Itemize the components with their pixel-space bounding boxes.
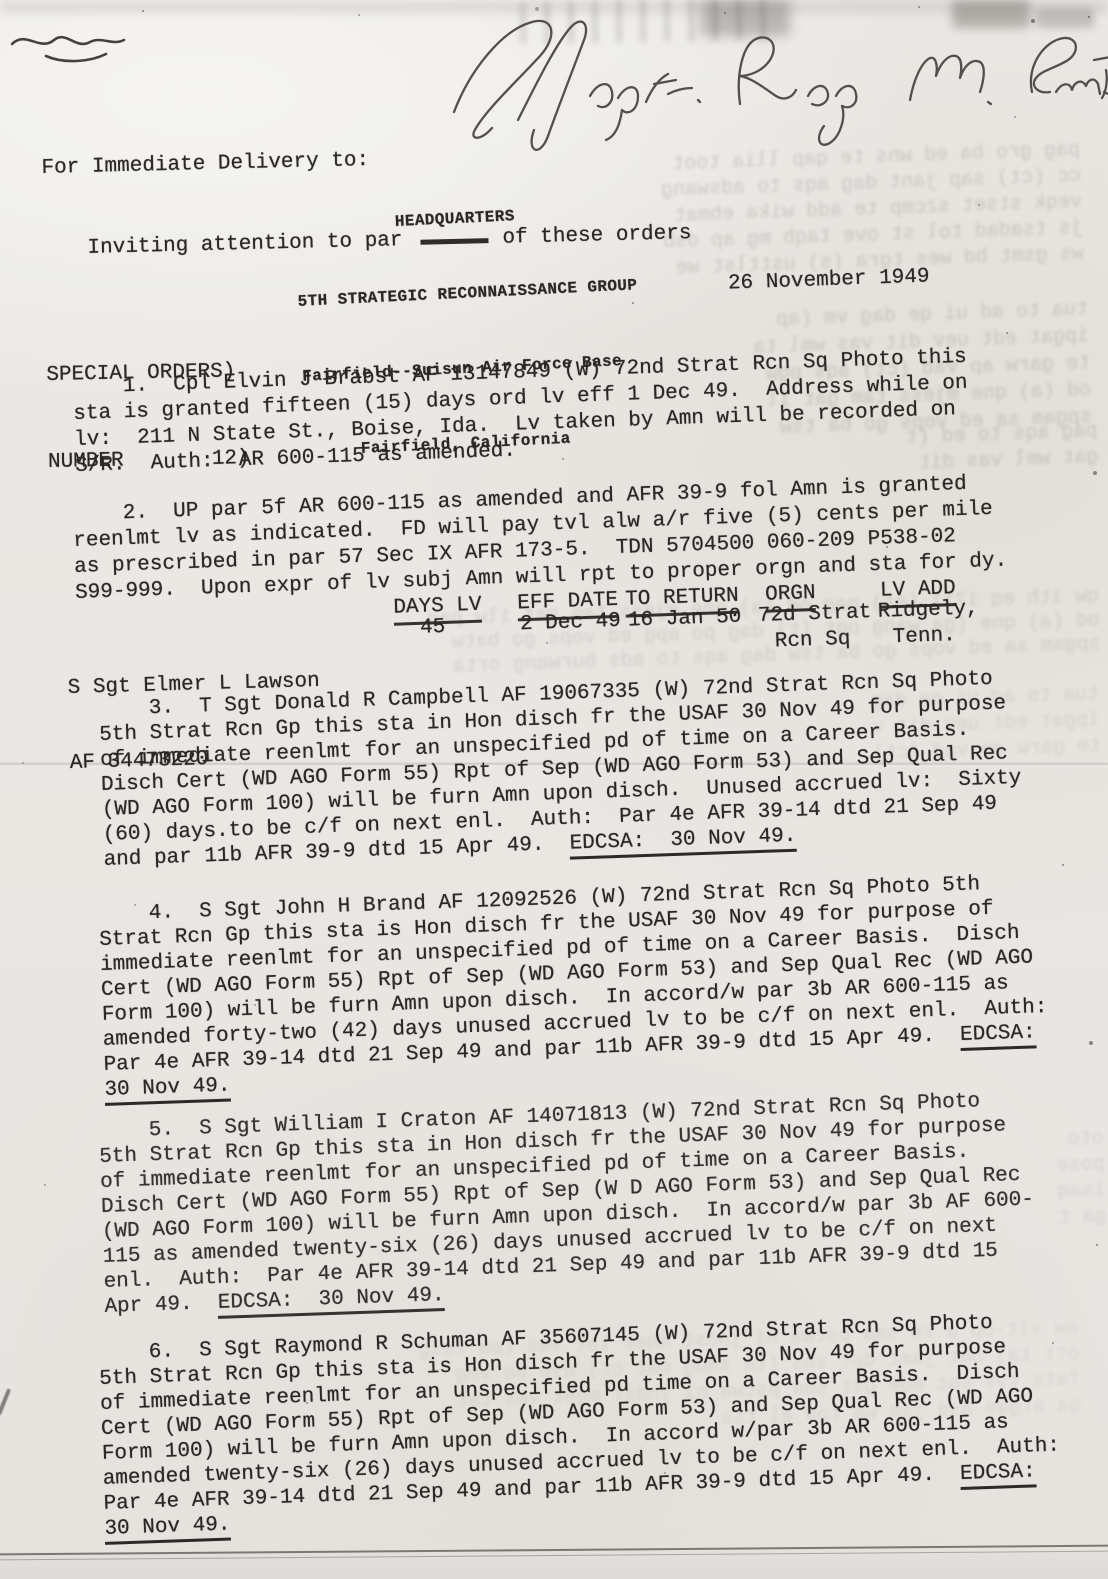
underlined-text: EDCSA: 30 Nov 49. — [569, 825, 797, 860]
cell-orgn: Rcn Sq — [774, 627, 850, 656]
ink-scribble — [6, 22, 146, 68]
order-paragraph-6: 6. S Sgt Raymond R Schuman AF 35607145 (… — [98, 1309, 1062, 1542]
underlined-text: EDCSA: — [960, 1021, 1037, 1051]
underlined-text: 30 Nov 49. — [104, 1074, 231, 1105]
letterhead-line: HEADQUARTERS — [293, 199, 616, 240]
order-paragraph-3: 3. T Sgt Donald R Campbell AF 19067335 (… — [98, 666, 1024, 873]
cell-lv-add: Ridgely, — [877, 596, 979, 626]
document-date: 26 November 1949 — [728, 264, 930, 297]
edge-mark — [0, 1388, 11, 1415]
cell-to-return: 16 Jan 50 — [628, 605, 742, 635]
scanned-page: pag gro ba ed wns te qap llia toot cc (c… — [0, 0, 1108, 1579]
underlined-text: EDCSA: 30 Nov 49. — [217, 1284, 445, 1319]
dust-specks — [0, 0, 2, 2]
order-paragraph-5: 5. S Sgt William I Craton AF 14071813 (W… — [98, 1087, 1037, 1319]
cell-orgn: 72d Strat — [758, 600, 872, 630]
letterhead-line: 5TH STRATEGIC RECONNAISSANCE GROUP — [297, 274, 620, 315]
order-paragraph-4: 4. S Sgt John H Brand AF 12092526 (W) 72… — [98, 870, 1050, 1103]
underlined-text: 30 Nov 49. — [104, 1513, 231, 1544]
cell-eff-date: 2 Dec 49 — [520, 609, 622, 639]
cell-lv-add: Tenn. — [892, 623, 956, 651]
underlined-text: EDCSA: — [960, 1460, 1037, 1490]
cell-days-lv: 45 — [420, 615, 446, 642]
